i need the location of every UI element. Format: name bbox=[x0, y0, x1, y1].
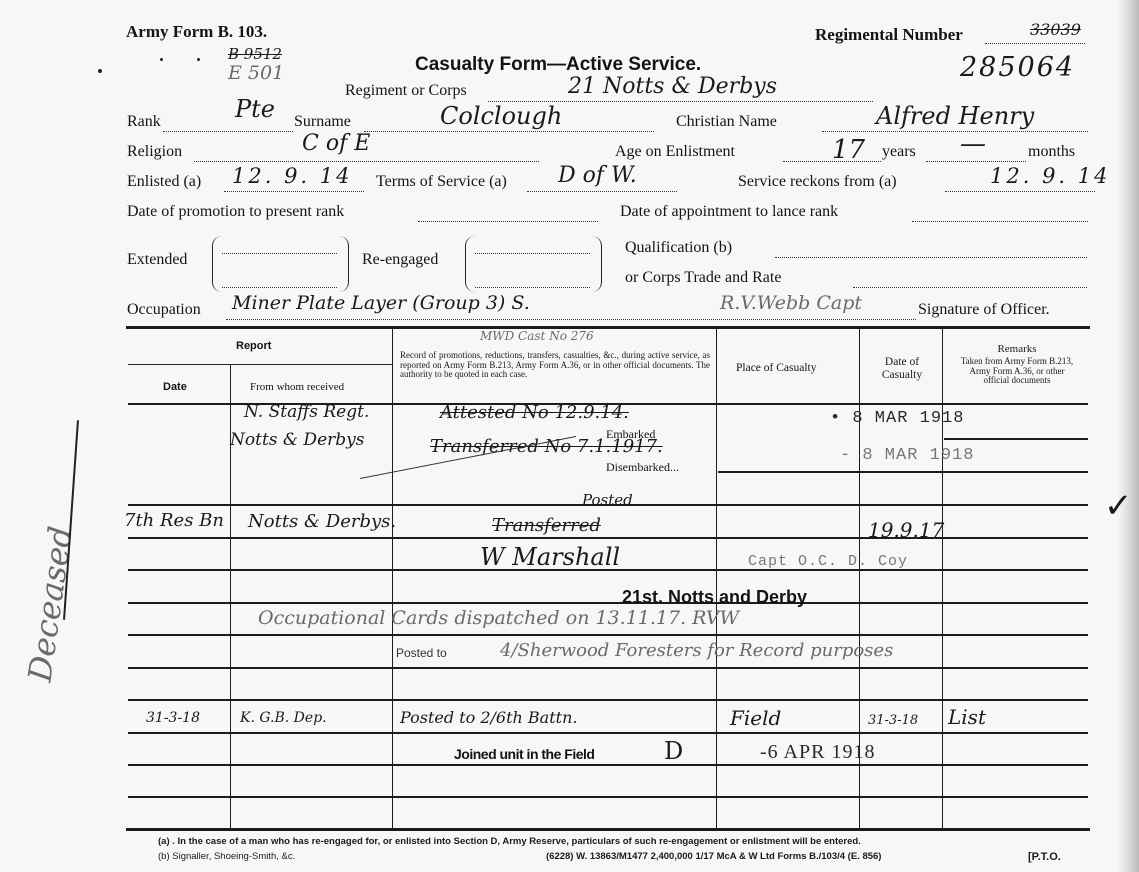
col-header-from-whom: From whom received bbox=[250, 381, 344, 393]
row1-stamp-1: • 8 MAR 1918 bbox=[830, 409, 964, 428]
form-title: Casualty Form—Active Service. bbox=[415, 54, 701, 76]
terms-line bbox=[527, 191, 677, 192]
lance-rank-label: Date of appointment to lance rank bbox=[620, 203, 838, 221]
corps-trade-line bbox=[853, 287, 1087, 288]
row6-date: 31-3-18 bbox=[146, 710, 200, 726]
form-number: Army Form B. 103. bbox=[126, 22, 267, 42]
col-header-date-casualty-2: Casualty bbox=[862, 369, 942, 382]
occupation-line bbox=[226, 319, 916, 320]
occupation-value: Miner Plate Layer (Group 3) S. bbox=[232, 292, 530, 314]
row5-record: 4/Sherwood Foresters for Record purposes bbox=[500, 640, 893, 661]
unit-stamp: 21st. Notts and Derby bbox=[622, 587, 807, 608]
table-bottom-border bbox=[126, 828, 1090, 831]
ink-speck bbox=[197, 58, 200, 61]
regimental-number-line bbox=[985, 43, 1085, 44]
regimental-number-struck: 33039 bbox=[1030, 20, 1081, 39]
col-header-remarks-title: Remarks bbox=[944, 344, 1090, 354]
regiment-label: Regiment or Corps bbox=[345, 82, 467, 100]
qualification-line bbox=[775, 257, 1087, 258]
enlisted-value: 12. 9. 14 bbox=[232, 164, 353, 188]
row7-joined-mark: D bbox=[664, 737, 683, 765]
row6-remarks: List bbox=[948, 705, 986, 729]
surname-label: Surname bbox=[294, 113, 351, 131]
age-months-line bbox=[926, 161, 1026, 162]
extended-label: Extended bbox=[127, 251, 187, 269]
christian-name-label: Christian Name bbox=[676, 113, 777, 131]
col-header-date-casualty-1: Date of bbox=[862, 356, 942, 369]
service-reckons-line bbox=[945, 191, 1095, 192]
rank-line bbox=[163, 131, 293, 132]
age-months-value: — bbox=[960, 129, 986, 159]
row6-from-whom: K. G.B. Dep. bbox=[240, 710, 327, 726]
row7-joined-label: Joined unit in the Field bbox=[454, 746, 594, 762]
christian-name-value: Alfred Henry bbox=[876, 102, 1034, 130]
row-line bbox=[944, 438, 1088, 440]
form-ref-struck: B 9512 bbox=[228, 45, 282, 63]
report-header: Report bbox=[236, 340, 271, 352]
promotion-label: Date of promotion to present rank bbox=[127, 203, 344, 221]
age-years-label: years bbox=[882, 143, 916, 161]
print-info: (6228) W. 13863/M1477 2,400,000 1/17 McA… bbox=[546, 851, 881, 862]
col-header-remarks-sub: Taken from Army Form B.213, Army Form A.… bbox=[958, 357, 1076, 386]
age-months-label: months bbox=[1028, 143, 1075, 161]
regimental-number-label: Regimental Number bbox=[815, 25, 963, 45]
scan-edge-shadow bbox=[1117, 0, 1139, 872]
row2-record-insert: Posted bbox=[582, 491, 633, 509]
surname-line bbox=[364, 131, 654, 132]
record-header-annotation: MWD Cast No 276 bbox=[480, 329, 594, 343]
reengaged-line-2 bbox=[475, 287, 590, 288]
row6-place: Field bbox=[730, 706, 781, 730]
row1-from-whom-1: N. Staffs Regt. bbox=[244, 402, 369, 422]
extended-line-2 bbox=[222, 287, 337, 288]
promotion-line bbox=[418, 221, 598, 222]
qualification-label: Qualification (b) bbox=[625, 239, 732, 257]
ink-speck bbox=[160, 58, 163, 61]
enlisted-label: Enlisted (a) bbox=[127, 173, 201, 191]
ink-speck bbox=[98, 69, 102, 73]
row5-posted-label: Posted to bbox=[396, 646, 447, 660]
reengaged-brace bbox=[465, 236, 602, 292]
officer-signature-value: R.V.Webb Capt bbox=[720, 292, 862, 314]
rank-value: Pte bbox=[235, 95, 275, 123]
side-annotation-deceased: Deceased bbox=[20, 524, 79, 684]
row2-from-whom: Notts & Derbys. bbox=[248, 511, 396, 532]
col-header-record: Record of promotions, reductions, transf… bbox=[400, 351, 710, 380]
regimental-number-value: 285064 bbox=[960, 52, 1075, 83]
row2-date-casualty: 19.9.17 bbox=[868, 518, 944, 542]
row2-date: 7th Res Bn bbox=[124, 510, 224, 531]
row-line bbox=[128, 699, 1088, 701]
row-line bbox=[128, 602, 1088, 604]
row-line bbox=[128, 667, 1088, 669]
row-line bbox=[718, 471, 1088, 473]
corps-trade-label: or Corps Trade and Rate bbox=[625, 269, 781, 287]
service-reckons-label: Service reckons from (a) bbox=[738, 173, 897, 191]
report-header-underline bbox=[128, 364, 392, 365]
row-line bbox=[128, 796, 1088, 798]
row1-record-1: Attested No 12.9.14. bbox=[440, 402, 629, 423]
col-header-date: Date bbox=[163, 381, 187, 393]
rank-label: Rank bbox=[127, 113, 161, 131]
terms-label: Terms of Service (a) bbox=[376, 173, 507, 191]
religion-line bbox=[194, 161, 539, 162]
row1-stamp-2: - 8 MAR 1918 bbox=[840, 446, 974, 465]
row6-record: Posted to 2/6th Battn. bbox=[400, 708, 577, 727]
extended-brace bbox=[212, 236, 349, 292]
row7-stamp: -6 APR 1918 bbox=[760, 741, 875, 764]
row-line bbox=[128, 634, 1088, 636]
enlisted-line bbox=[224, 191, 364, 192]
row2-signature-stamp: Capt O.C. D. Coy bbox=[748, 553, 908, 570]
pto-label: [P.T.O. bbox=[1028, 851, 1061, 863]
terms-value: D of W. bbox=[558, 163, 637, 188]
footnote-b: (b) Signaller, Shoeing-Smith, &c. bbox=[158, 851, 295, 862]
lance-rank-line bbox=[912, 221, 1088, 222]
row2-record-struck: Transferred bbox=[492, 515, 601, 536]
officer-signature-label: Signature of Officer. bbox=[918, 301, 1050, 319]
occupation-label: Occupation bbox=[127, 301, 201, 319]
christian-name-line bbox=[822, 131, 1088, 132]
row1-disembarked-label: Disembarked... bbox=[606, 460, 679, 475]
reengaged-line-1 bbox=[475, 253, 590, 254]
regiment-value: 21 Notts & Derbys bbox=[568, 74, 777, 99]
row1-embarked-label: Embarked bbox=[606, 427, 655, 442]
surname-value: Colclough bbox=[440, 102, 562, 130]
row-line bbox=[128, 764, 1088, 766]
religion-label: Religion bbox=[127, 143, 182, 161]
row1-from-whom-2: Notts & Derbys bbox=[230, 430, 364, 450]
row4-record: Occupational Cards dispatched on 13.11.1… bbox=[258, 607, 739, 629]
col-header-place: Place of Casualty bbox=[736, 362, 816, 374]
religion-value: C of E bbox=[302, 131, 370, 156]
row2-signature: W Marshall bbox=[480, 543, 620, 571]
extended-line-1 bbox=[222, 253, 337, 254]
service-reckons-value: 12. 9. 14 bbox=[990, 164, 1111, 188]
age-label: Age on Enlistment bbox=[615, 143, 735, 161]
row6-date-casualty: 31-3-18 bbox=[868, 713, 918, 728]
footnote-a: (a) . In the case of a man who has re-en… bbox=[158, 836, 861, 847]
form-ref-current: E 501 bbox=[228, 62, 284, 84]
age-years-value: 17 bbox=[832, 135, 865, 165]
reengaged-label: Re-engaged bbox=[362, 251, 438, 269]
row-line bbox=[128, 732, 1088, 734]
table-top-border bbox=[126, 326, 1090, 329]
